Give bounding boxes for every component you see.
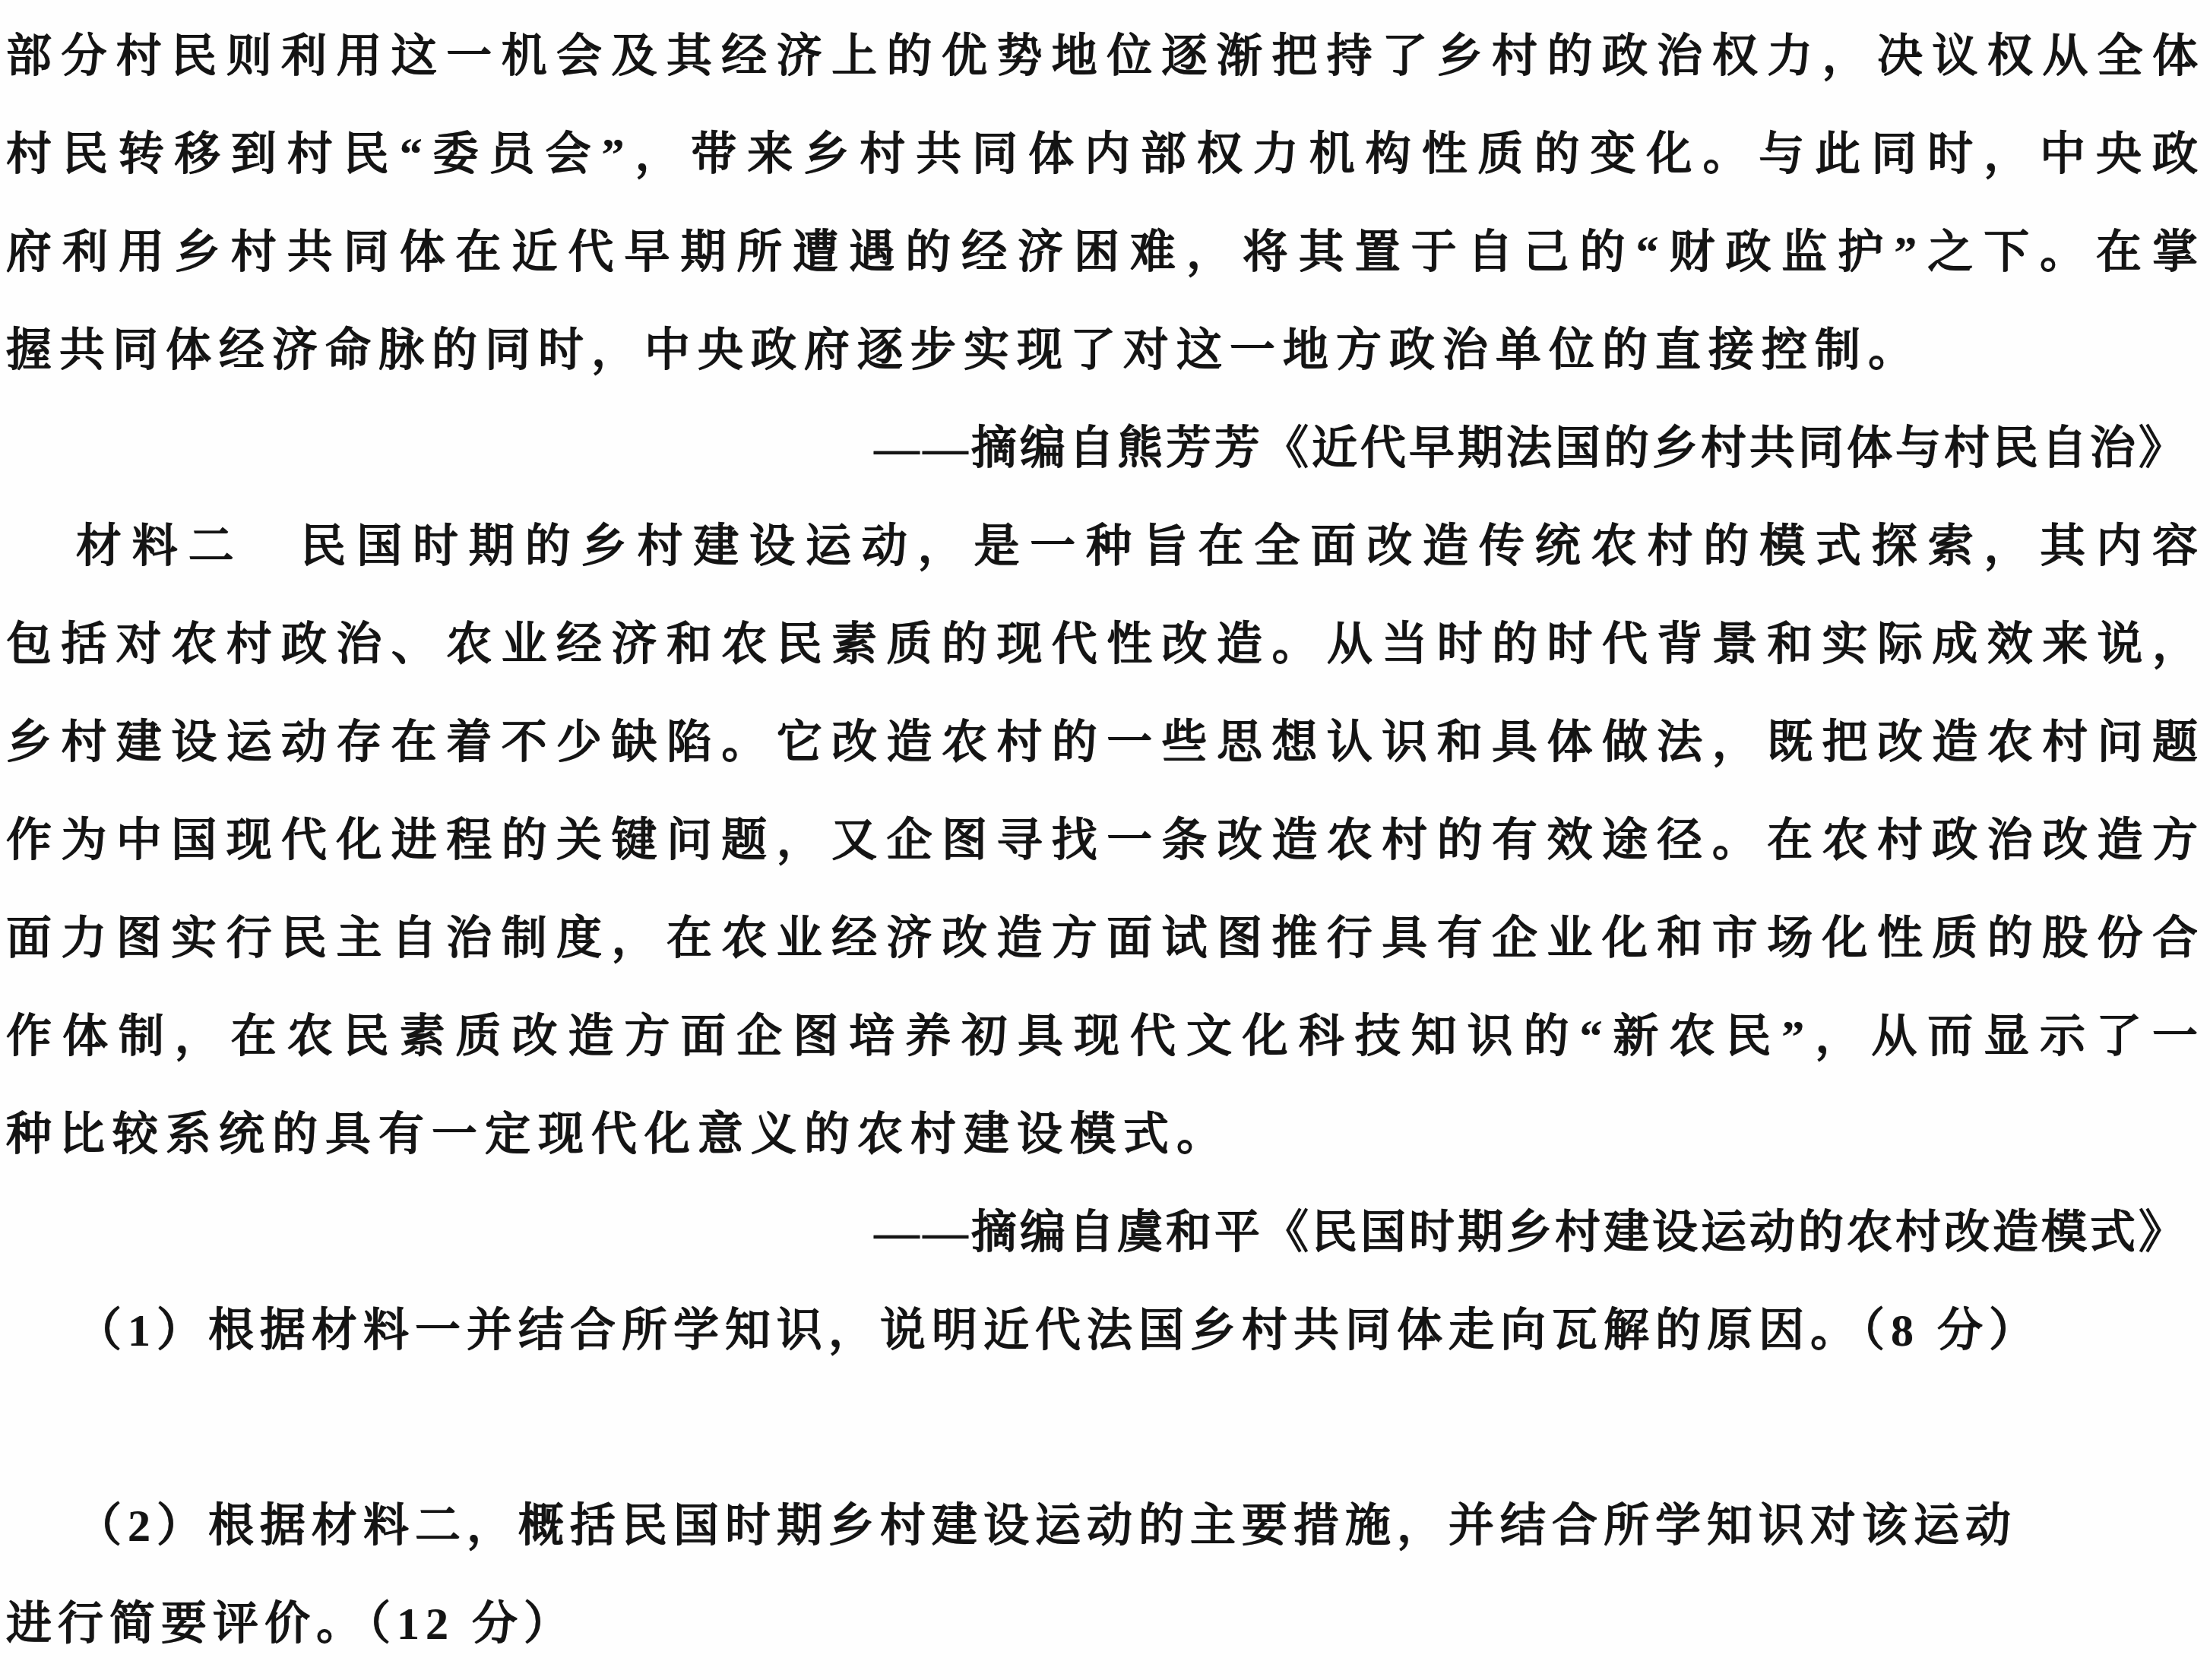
material1-line-2: 村民转移到村民“委员会”，带来乡村共同体内部权力机构性质的变化。与此同时，中央政 (6, 106, 2199, 204)
material1-citation: ——摘编自熊芳芳《近代早期法国的乡村共同体与村民自治》 (6, 400, 2199, 498)
question-gap (6, 1380, 2199, 1477)
question1-text: （1）根据材料一并结合所学知识，说明近代法国乡村共同体走向瓦解的原因。（8 分） (6, 1282, 2199, 1380)
material2-citation: ——摘编自虞和平《民国时期乡村建设运动的农村改造模式》 (6, 1184, 2199, 1282)
question2-line-2: 进行简要评价。（12 分） (6, 1575, 2199, 1673)
material2-line-5: 面力图实行民主自治制度，在农业经济改造方面试图推行具有企业化和市场化性质的股份合 (6, 890, 2199, 988)
material2-line-2: 包括对农村政治、农业经济和农民素质的现代性改造。从当时的时代背景和实际成效来说， (6, 596, 2199, 694)
material2-line-4: 作为中国现代化进程的关键问题，又企图寻找一条改造农村的有效途径。在农村政治改造方 (6, 792, 2199, 890)
material2-line-6: 作体制，在农民素质改造方面企图培养初具现代文化科技知识的“新农民”，从而显示了一 (6, 988, 2199, 1086)
document-page: 部分村民则利用这一机会及其经济上的优势地位逐渐把持了乡村的政治权力，决议权从全体… (0, 0, 2210, 1680)
material1-line-1: 部分村民则利用这一机会及其经济上的优势地位逐渐把持了乡村的政治权力，决议权从全体 (6, 8, 2199, 106)
material2-line-7: 种比较系统的具有一定现代化意义的农村建设模式。 (6, 1086, 2199, 1184)
material1-line-4: 握共同体经济命脉的同时，中央政府逐步实现了对这一地方政治单位的直接控制。 (6, 302, 2199, 400)
exam-text-block: 部分村民则利用这一机会及其经济上的优势地位逐渐把持了乡村的政治权力，决议权从全体… (0, 8, 2210, 1673)
material2-line-3: 乡村建设运动存在着不少缺陷。它改造农村的一些思想认识和具体做法，既把改造农村问题 (6, 694, 2199, 792)
material1-line-3: 府利用乡村共同体在近代早期所遭遇的经济困难，将其置于自己的“财政监护”之下。在掌 (6, 204, 2199, 302)
material2-line-1: 材料二 民国时期的乡村建设运动，是一种旨在全面改造传统农村的模式探索，其内容 (6, 498, 2199, 596)
question2-line-1: （2）根据材料二，概括民国时期乡村建设运动的主要措施，并结合所学知识对该运动 (6, 1477, 2199, 1575)
